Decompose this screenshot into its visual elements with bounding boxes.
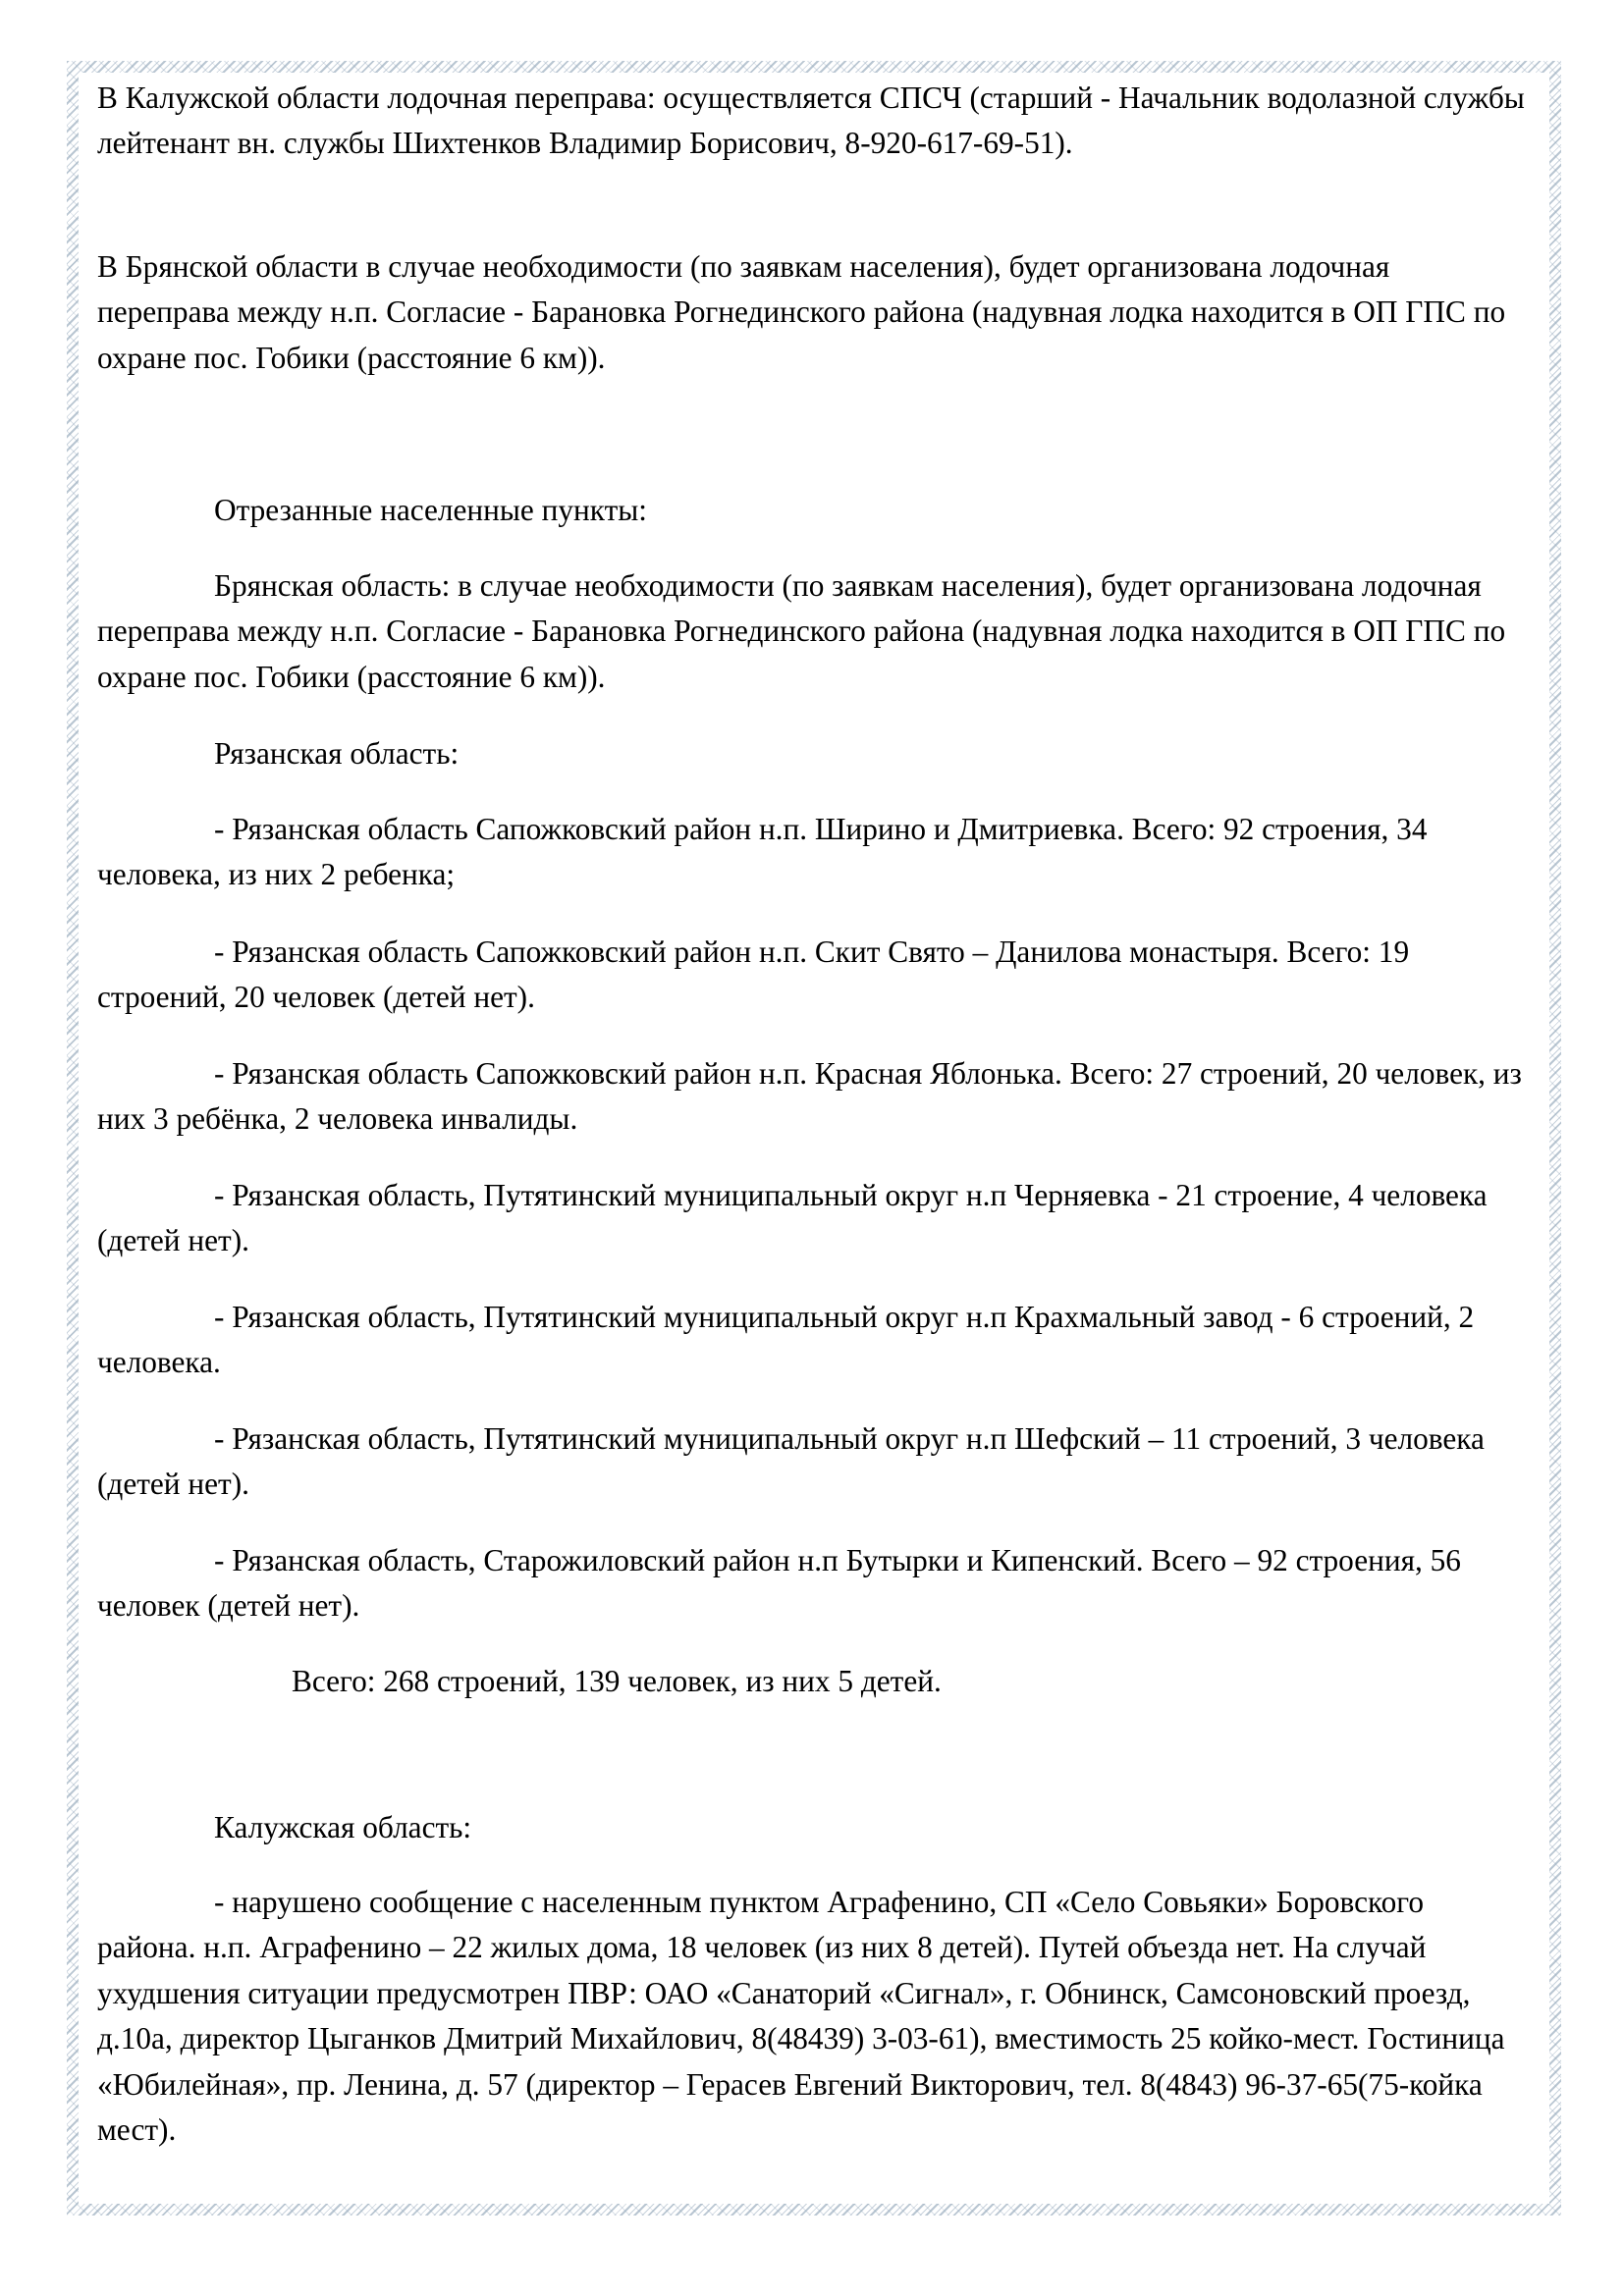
list-item-butyrki: - Рязанская область, Старожиловский райо… xyxy=(97,1538,1526,1629)
paragraph-agrafenino: - нарушено сообщение с населенным пункто… xyxy=(97,1880,1526,2153)
list-item-chernyaevka: - Рязанская область, Путятинский муницип… xyxy=(97,1173,1526,1264)
summary-total: Всего: 268 строений, 139 человек, из них… xyxy=(97,1659,1624,1704)
list-item-krakhmalny-zavod: - Рязанская область, Путятинский муницип… xyxy=(97,1295,1526,1386)
paragraph-bryansk-boat-crossing: В Брянской области в случае необходимост… xyxy=(97,244,1526,381)
paragraph-bryansk-region: Брянская область: в случае необходимости… xyxy=(97,563,1526,700)
list-item-shirino: - Рязанская область Сапожковский район н… xyxy=(97,807,1526,898)
paragraph-kaluga-boat-crossing: В Калужской области лодочная переправа: … xyxy=(97,76,1526,167)
heading-ryazan-region: Рязанская область: xyxy=(97,731,1526,776)
list-item-skit: - Рязанская область Сапожковский район н… xyxy=(97,930,1526,1021)
list-item-shefsky: - Рязанская область, Путятинский муницип… xyxy=(97,1416,1526,1508)
heading-cut-off-settlements: Отрезанные населенные пункты: xyxy=(97,488,1526,533)
list-item-krasnaya-yablonka: - Рязанская область Сапожковский район н… xyxy=(97,1051,1526,1143)
heading-kaluga-region: Калужская область: xyxy=(97,1805,1526,1850)
